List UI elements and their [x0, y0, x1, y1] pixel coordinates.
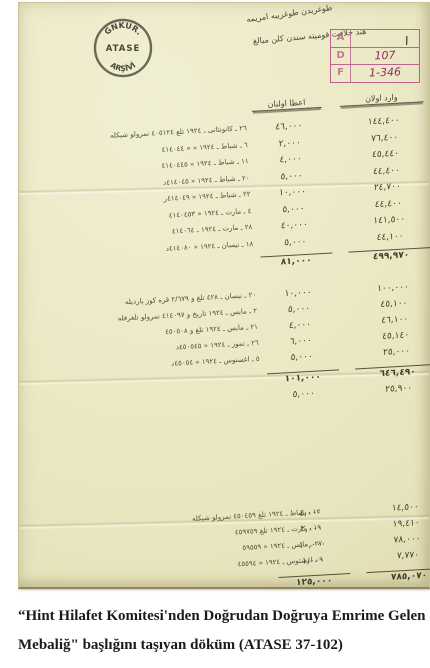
ledger: وارد اولان اعطا اولنان ١٤٤,٤٠٠ ٤٦,٠٠٠ ٢٦… [20, 91, 430, 609]
ref-value: 107 [351, 46, 420, 65]
reference-stamp-box: A \ D 107 F 1-346 [330, 29, 420, 83]
amount-paid: ٤٦,٠٠٠ [253, 120, 325, 134]
circular-stamp-icon: GNKUR. ATASE ARŞİVİ [91, 16, 155, 80]
total-received: ٧٨٥,٠٧٠ [366, 567, 430, 584]
scanned-document: GNKUR. ATASE ARŞİVİ طوغريدن طوغرييه امري… [18, 2, 430, 589]
entry-description: ٢٦ ـ كانونثانى ـ ١٩٢٤ تلغ ٤٠٥١٢٤ نمرولو … [110, 124, 247, 140]
ref-value: 1-346 [351, 64, 420, 83]
caption-line1: “Hint Hilafet Komitesi'nden Doğrudan Doğ… [18, 602, 424, 631]
header-script-line1: طوغريدن طوغرييه امريمه [246, 3, 333, 24]
subtotal-received: ٦٤٦,٤٩٠ [354, 364, 430, 381]
ref-label: F [331, 65, 351, 82]
amount-received: ١٤٤,٤٠٠ [340, 114, 426, 129]
svg-text:ARŞİVİ: ARŞİVİ [109, 60, 138, 73]
amount-received: ١٠٠,٠٠٠ [350, 281, 430, 296]
ledger-section-1: ١٤٤,٤٠٠ ٤٦,٠٠٠ ٢٦ ـ كانونثانى ـ ١٩٢٤ تلغ… [21, 114, 430, 269]
entry-description: ٢٠ ـ نيسان ـ ٤٢٨ تلغ و ٢/٦٧٩ قره كوز يار… [125, 291, 257, 306]
subtotal-paid: ١٠١,٠٠٠ [267, 369, 339, 385]
figure-caption: “Hint Hilafet Komitesi'nden Doğrudan Doğ… [18, 602, 424, 660]
stamp-bottom-text: ARŞİVİ [109, 60, 138, 73]
caption-line2: Mebaliğ" başlığını taşıyan döküm (ATASE … [18, 631, 424, 660]
ref-row-d: D 107 [331, 47, 419, 65]
ref-label: A [331, 30, 351, 47]
column-header-received: وارد اولان [339, 91, 423, 107]
amount-received: ١٤,٥٠٠ [362, 500, 430, 515]
stamp-center-text: ATASE [106, 44, 141, 54]
ref-row-a: A \ [331, 30, 419, 47]
column-header-paid: اعطا اولنان [251, 97, 322, 112]
subtotal-paid: ٨١,٠٠٠ [260, 253, 332, 269]
total-paid: ١٢٥,٠٠٠ [278, 573, 350, 589]
ref-row-f: F 1-346 [331, 64, 419, 82]
figure: GNKUR. ATASE ARŞİVİ طوغريدن طوغرييه امري… [0, 0, 430, 668]
ref-label: D [331, 48, 351, 65]
amount-paid: ١٠,٠٠٠ [262, 286, 334, 300]
entry-description: ١٢ ـ شباط ـ ١٩٢٤ تلغ ٤٥٠٤٥٩ نمرولو شيكله [192, 508, 321, 523]
